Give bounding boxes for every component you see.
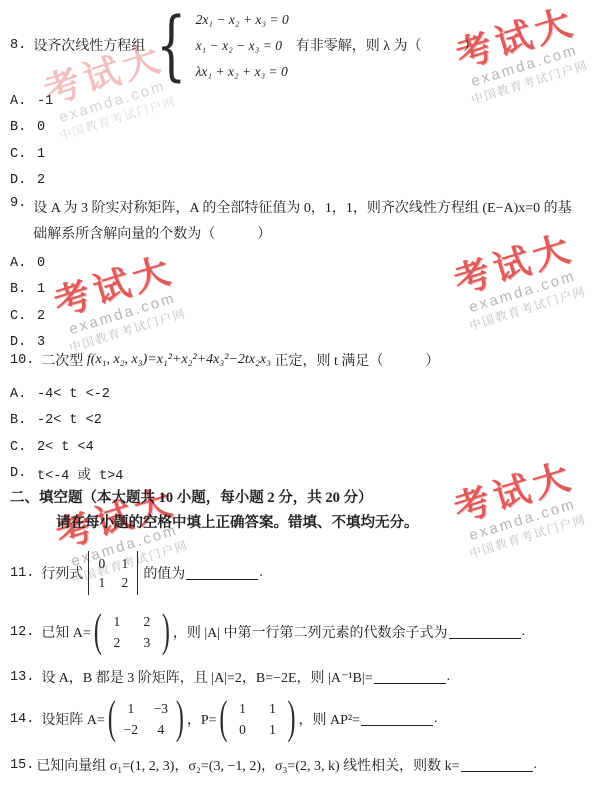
period: . [522, 624, 526, 640]
question-text: 设 A 为 3 阶实对称矩阵，A 的全部特征值为 0，1，1，则齐次线性方程组 … [33, 196, 571, 248]
question-text: 的值为 [143, 563, 185, 583]
question-text: 有非零解，则 λ 为（ ） [296, 35, 478, 55]
equation-system: 2x₁ − x₂ + x₃ = 0 x₁ − x₂ − x₃ = 0 λx₁ +… [196, 8, 289, 83]
option-value: 2 [37, 173, 45, 188]
option-label: B. [10, 120, 37, 135]
right-paren-icon: ) [176, 672, 184, 766]
matrix-row: 2 3 [106, 633, 158, 652]
option-c: C. 1 [10, 141, 53, 168]
question-text: 行列式 [41, 563, 83, 583]
question-12: 12. 已知 A= ( 1 2 2 3 ) ，则 |A| 中第一行第二列元素的代… [10, 608, 525, 656]
option-label: D. [10, 335, 37, 350]
period: . [259, 565, 263, 581]
matrix-cell: 1 [120, 554, 129, 573]
question-number: 13. [10, 670, 34, 685]
equation-3: λx₁ + x₂ + x₃ = 0 [196, 60, 289, 83]
question-text: 二次型 [41, 350, 87, 370]
option-value: 2 [37, 309, 45, 324]
left-brace-icon: { [156, 5, 186, 85]
matrix-row: −2 4 [120, 720, 172, 739]
question-text: 设齐次线性方程组 [33, 35, 145, 55]
option-label: D. [10, 173, 37, 188]
option-label: D. [10, 466, 37, 481]
option-b: B. 0 [10, 115, 53, 142]
matrix-row: 1 −3 [120, 699, 172, 718]
matrix-cell: 2 [136, 612, 158, 631]
question-text: 正定，则 t 满足（ ） [271, 350, 439, 370]
option-label: B. [10, 413, 37, 428]
quadratic-form-formula: f(x₁, x₂, x₃)=x₁²+x₂²+4x₃²−2tx₂x₃ [87, 352, 271, 368]
question-text: 设 A，B 都是 3 阶矩阵，且 |A|=2，B=−2E，则 |A⁻¹B|= [41, 667, 372, 687]
matrix-cell: −2 [120, 720, 142, 739]
option-a: A. -4< t <-2 [10, 381, 123, 408]
q8-options: A. -1 B. 0 C. 1 D. 2 [10, 88, 53, 194]
answer-blank [186, 566, 258, 580]
question-8: 8. 设齐次线性方程组 { 2x₁ − x₂ + x₃ = 0 x₁ − x₂ … [10, 2, 478, 88]
matrix-row: 1 2 [106, 612, 158, 631]
question-text: ，则 AP²= [299, 709, 361, 729]
matrix-cells: 1 2 2 3 [106, 612, 158, 652]
period: . [434, 711, 438, 727]
option-label: C. [10, 147, 37, 162]
question-text: ，则 |A| 中第一行第二列元素的代数余子式为 [173, 622, 448, 642]
matrix-row: 0 1 [97, 554, 129, 573]
matrix-cells: 1 1 0 1 [232, 699, 284, 739]
left-paren-icon: ( [108, 672, 116, 766]
option-value: -1 [37, 94, 53, 109]
option-value: 0 [37, 256, 45, 271]
option-label: A. [10, 94, 37, 109]
matrix-row: 1 1 [232, 699, 284, 718]
option-a: A. -1 [10, 88, 53, 115]
matrix-cell: 0 [232, 720, 254, 739]
question-text: ，P= [187, 709, 217, 729]
matrix-A: ( 1 2 2 3 ) [94, 608, 170, 656]
matrix-row: 0 1 [232, 720, 284, 739]
matrix-cells: 1 −3 −2 4 [120, 699, 172, 739]
matrix-cell: 2 [106, 633, 128, 652]
option-value: 2< t <4 [37, 440, 94, 455]
matrix-cell: 1 [262, 699, 284, 718]
option-c: C. 2< t <4 [10, 434, 123, 461]
option-label: C. [10, 309, 37, 324]
matrix-cell: 1 [262, 720, 284, 739]
matrix-A: ( 1 −3 −2 4 ) [108, 695, 184, 743]
matrix-cell: −3 [150, 699, 172, 718]
question-number: 9. [10, 196, 26, 211]
answer-blank [449, 625, 521, 639]
section-2-header: 二、填空题（本大题共 10 小题，每小题 2 分，共 20 分） 请在每小题的空… [10, 486, 419, 536]
section-instruction: 请在每小题的空格中填上正确答案。错填、不填均无分。 [56, 511, 419, 536]
period: . [534, 757, 538, 773]
matrix-cell: 4 [150, 720, 172, 739]
option-label: A. [10, 256, 37, 271]
option-value: 1 [37, 282, 45, 297]
equation-2: x₁ − x₂ − x₃ = 0 [196, 34, 289, 57]
answer-blank [374, 670, 446, 684]
option-b: B. -2< t <2 [10, 408, 123, 435]
question-line-2: 础解系所含解向量的个数为（ ） [33, 222, 571, 248]
right-paren-icon: ) [162, 585, 170, 679]
option-value: 0 [37, 120, 45, 135]
question-11: 11. 行列式 0 1 1 2 的值为 . [10, 550, 263, 596]
option-value: t<-4 或 t>4 [37, 463, 123, 484]
option-value: 1 [37, 147, 45, 162]
exam-page: 考试大 examda.com 中国教育考试门户网 考试大 examda.com … [0, 0, 592, 788]
matrix-cell: 1 [106, 612, 128, 631]
left-paren-icon: ( [220, 672, 228, 766]
left-paren-icon: ( [94, 585, 102, 679]
option-label: B. [10, 282, 37, 297]
question-13: 13. 设 A，B 都是 3 阶矩阵，且 |A|=2，B=−2E，则 |A⁻¹B… [10, 666, 450, 688]
question-number: 12. [10, 625, 34, 640]
question-14: 14. 设矩阵 A= ( 1 −3 −2 4 ) ，P= ( [10, 694, 438, 744]
matrix-cell: 3 [136, 633, 158, 652]
matrix-cell: 1 [120, 699, 142, 718]
q10-options: A. -4< t <-2 B. -2< t <2 C. 2< t <4 D. t… [10, 381, 123, 487]
period: . [447, 669, 451, 685]
equation-1: 2x₁ − x₂ + x₃ = 0 [196, 8, 289, 31]
option-a: A. 0 [10, 250, 45, 277]
matrix-cell: 1 [232, 699, 254, 718]
question-number: 10. [10, 353, 34, 368]
question-number: 15. [10, 758, 34, 773]
option-value: 3 [37, 335, 45, 350]
answer-blank [461, 758, 533, 772]
question-15: 15. 已知向量组 σ₁=(1, 2, 3)，σ₂=(3, −1, 2)，σ₃=… [10, 754, 537, 776]
option-d: D. t<-4 或 t>4 [10, 461, 123, 488]
answer-blank [361, 712, 433, 726]
option-d: D. 2 [10, 168, 53, 195]
question-number: 8. [10, 38, 26, 53]
option-value: -4< t <-2 [37, 387, 110, 402]
option-c: C. 2 [10, 303, 45, 330]
section-title: 二、填空题（本大题共 10 小题，每小题 2 分，共 20 分） [10, 486, 419, 511]
option-b: B. 1 [10, 277, 45, 304]
question-text: 已知向量组 σ₁=(1, 2, 3)，σ₂=(3, −1, 2)，σ₃=(2, … [36, 755, 459, 775]
question-line-1: 设 A 为 3 阶实对称矩阵，A 的全部特征值为 0，1，1，则齐次线性方程组 … [33, 196, 571, 222]
matrix-row: 1 2 [97, 573, 129, 592]
q9-options: A. 0 B. 1 C. 2 D. 3 [10, 250, 45, 356]
exam-content: 8. 设齐次线性方程组 { 2x₁ − x₂ + x₃ = 0 x₁ − x₂ … [0, 0, 592, 788]
question-number: 11. [10, 566, 34, 581]
question-9: 9. 设 A 为 3 阶实对称矩阵，A 的全部特征值为 0，1，1，则齐次线性方… [10, 196, 590, 248]
matrix-P: ( 1 1 0 1 ) [220, 695, 296, 743]
matrix-cell: 0 [97, 554, 106, 573]
question-text: 已知 A= [41, 622, 91, 642]
question-text: 设矩阵 A= [41, 709, 105, 729]
option-label: C. [10, 440, 37, 455]
question-number: 14. [10, 712, 34, 727]
option-label: A. [10, 387, 37, 402]
matrix-cell: 2 [120, 573, 129, 592]
right-paren-icon: ) [288, 672, 296, 766]
question-10: 10. 二次型 f(x₁, x₂, x₃)=x₁²+x₂²+4x₃²−2tx₂x… [10, 350, 439, 370]
option-value: -2< t <2 [37, 413, 102, 428]
